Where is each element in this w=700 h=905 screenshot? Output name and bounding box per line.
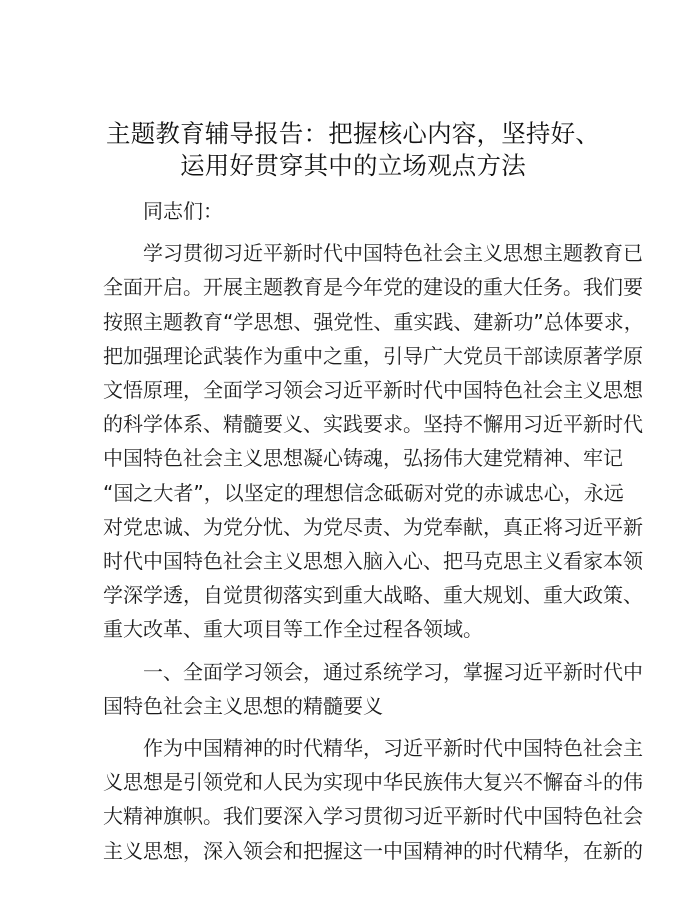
paragraph-line: 全面开启。开展主题教育是今年党的建设的重大任务。我们要 bbox=[103, 270, 603, 304]
greeting: 同志们： bbox=[103, 194, 603, 228]
document-page: 主题教育辅导报告：把握核心内容，坚持好、 运用好贯穿其中的立场观点方法 同志们：… bbox=[103, 118, 603, 876]
paragraph-line: 文悟原理，全面学习领会习近平新时代中国特色社会主义思想 bbox=[103, 373, 603, 407]
paragraph-line: 把加强理论武装作为重中之重，引导广大党员干部读原著学原 bbox=[103, 339, 603, 373]
paragraph-line: 中国特色社会主义思想凝心铸魂，弘扬伟大建党精神、牢记 bbox=[103, 441, 603, 475]
paragraph-line: 的科学体系、精髓要义、实践要求。坚持不懈用习近平新时代 bbox=[103, 407, 603, 441]
paragraph-line: 作为中国精神的时代精华，习近平新时代中国特色社会主 bbox=[103, 731, 603, 765]
paragraph-line: 重大改革、重大项目等工作全过程各领域。 bbox=[103, 612, 603, 646]
paragraph-line: 对党忠诚、为党分忧、为党尽责、为党奉献，真正将习近平新 bbox=[103, 510, 603, 544]
paragraph-line: 学习贯彻习近平新时代中国特色社会主义思想主题教育已 bbox=[103, 236, 603, 270]
paragraph-section-1: 作为中国精神的时代精华，习近平新时代中国特色社会主 义思想是引领党和人民为实现中… bbox=[103, 731, 603, 868]
paragraph-intro: 学习贯彻习近平新时代中国特色社会主义思想主题教育已 全面开启。开展主题教育是今年… bbox=[103, 236, 603, 646]
paragraph-line: 主义思想，深入领会和把握这一中国精神的时代精华，在新的 bbox=[103, 834, 603, 868]
heading-line: 国特色社会主义思想的精髓要义 bbox=[103, 689, 603, 723]
paragraph-line: “国之大者”，以坚定的理想信念砥砺对党的赤诚忠心，永远 bbox=[103, 476, 603, 510]
section-heading-1: 一、全面学习领会，通过系统学习，掌握习近平新时代中 国特色社会主义思想的精髓要义 bbox=[103, 655, 603, 723]
paragraph-line: 按照主题教育“学思想、强党性、重实践、建新功”总体要求， bbox=[103, 305, 603, 339]
title-line-1: 主题教育辅导报告：把握核心内容，坚持好、 bbox=[95, 118, 611, 150]
document-title: 主题教育辅导报告：把握核心内容，坚持好、 运用好贯穿其中的立场观点方法 bbox=[95, 118, 611, 182]
paragraph-line: 义思想是引领党和人民为实现中华民族伟大复兴不懈奋斗的伟 bbox=[103, 765, 603, 799]
heading-line: 一、全面学习领会，通过系统学习，掌握习近平新时代中 bbox=[103, 655, 603, 689]
paragraph-line: 大精神旗帜。我们要深入学习贯彻习近平新时代中国特色社会 bbox=[103, 799, 603, 833]
paragraph-line: 时代中国特色社会主义思想入脑入心、把马克思主义看家本领 bbox=[103, 544, 603, 578]
title-line-2: 运用好贯穿其中的立场观点方法 bbox=[95, 150, 611, 182]
paragraph-line: 学深学透，自觉贯彻落实到重大战略、重大规划、重大政策、 bbox=[103, 578, 603, 612]
